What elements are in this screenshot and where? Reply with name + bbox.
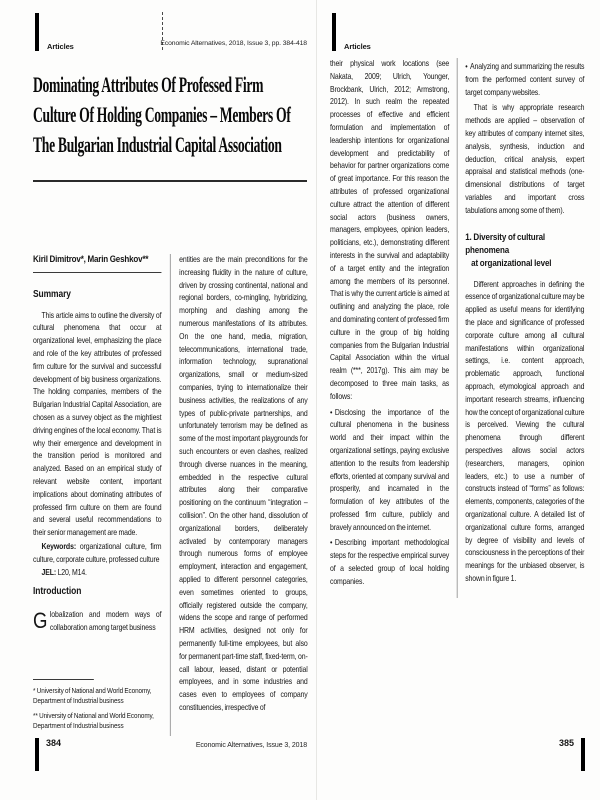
page-number: 384 bbox=[46, 738, 61, 748]
page-footer: 385 bbox=[330, 736, 585, 781]
page-header: Articles bbox=[35, 13, 74, 51]
section-1-heading-line: 1. Diversity of cultural phenomena bbox=[465, 231, 584, 257]
page-number-block: 384 bbox=[35, 738, 61, 771]
left-page-columns: Kiril Dimitrov*, Marin Geshkov** Summary… bbox=[33, 254, 308, 736]
section-label: Articles bbox=[47, 42, 74, 51]
section-1-heading-line: at organizational level bbox=[465, 257, 584, 270]
right-page-column-2: •Analyzing and summarizing the results f… bbox=[465, 58, 584, 598]
page-header: Articles bbox=[332, 13, 371, 51]
bullet-icon: • bbox=[465, 62, 467, 71]
header-bar bbox=[332, 13, 336, 51]
article-title-line: The Bulgarian Industrial Capital Associa… bbox=[33, 130, 307, 160]
footnote: ** University of National and World Econ… bbox=[33, 711, 161, 731]
jel-label: JEL: bbox=[41, 568, 56, 577]
footnote-divider bbox=[33, 679, 94, 680]
keywords-line: Keywords: organizational culture, firm c… bbox=[33, 541, 161, 567]
footnote: * University of National and World Econo… bbox=[33, 686, 161, 706]
bullet-item: •Analyzing and summarizing the results f… bbox=[465, 61, 584, 99]
page-number-block: 385 bbox=[559, 738, 585, 771]
page-number: 385 bbox=[559, 738, 574, 748]
header-bar bbox=[35, 13, 39, 51]
page-left: Articles Economic Alternatives, 2018, Is… bbox=[33, 0, 307, 800]
footer-bar bbox=[35, 738, 39, 771]
footer-bar bbox=[581, 738, 585, 771]
article-title: Dominating Attributes Of Professed Firm … bbox=[33, 70, 307, 160]
journal-citation: Economic Alternatives, 2018, Issue 3, pp… bbox=[160, 40, 307, 47]
dropcap: G bbox=[33, 609, 50, 631]
jel-line: JEL: L20, M14. bbox=[33, 567, 161, 580]
bullet-text: Disclosing the importance of the cultura… bbox=[330, 408, 449, 532]
bullet-item: •Disclosing the importance of the cultur… bbox=[330, 407, 449, 535]
introduction-paragraph: Globalization and modern ways of collabo… bbox=[33, 609, 161, 635]
bullet-text: Describing important methodological step… bbox=[330, 538, 449, 585]
right-page-column-1: their physical work locations (see Nakat… bbox=[330, 58, 449, 598]
article-title-line: Dominating Attributes Of Professed Firm bbox=[33, 70, 307, 100]
summary-text: This article aims to outline the diversi… bbox=[33, 310, 161, 540]
footnotes: * University of National and World Econo… bbox=[33, 679, 161, 736]
page-gutter-line bbox=[316, 0, 317, 800]
column-divider bbox=[457, 58, 458, 598]
section-1-heading: 1. Diversity of cultural phenomena at or… bbox=[465, 231, 584, 270]
jel-text: L20, M14. bbox=[56, 568, 87, 577]
introduction-text: lobalization and modern ways of collabor… bbox=[50, 610, 162, 632]
authors-rule bbox=[33, 272, 161, 273]
page-right: Articles their physical work locations (… bbox=[330, 0, 585, 800]
right-page-columns: their physical work locations (see Nakat… bbox=[330, 58, 585, 598]
section-label: Articles bbox=[344, 42, 371, 51]
body-text: their physical work locations (see Nakat… bbox=[330, 58, 449, 404]
authors: Kiril Dimitrov*, Marin Geshkov** bbox=[33, 254, 161, 267]
introduction-heading: Introduction bbox=[33, 586, 161, 599]
title-rule bbox=[33, 180, 307, 182]
bullet-text: Analyzing and summarizing the results fr… bbox=[465, 62, 584, 97]
bullet-icon: • bbox=[330, 408, 332, 417]
bullet-icon: • bbox=[330, 538, 332, 547]
left-page-column-1: Kiril Dimitrov*, Marin Geshkov** Summary… bbox=[33, 254, 161, 736]
summary-heading: Summary bbox=[33, 289, 161, 302]
body-text: Different approaches in defining the ess… bbox=[465, 279, 584, 586]
column-divider bbox=[170, 254, 171, 736]
bullet-item: •Describing important methodological ste… bbox=[330, 537, 449, 588]
article-title-line: Culture Of Holding Companies – Members O… bbox=[33, 100, 307, 130]
body-text: That is why appropriate research methods… bbox=[465, 102, 584, 217]
left-page-column-2: entities are the main preconditions for … bbox=[179, 254, 307, 736]
body-text: entities are the main preconditions for … bbox=[179, 254, 307, 715]
page-footer: 384 Economic Alternatives, Issue 3, 2018 bbox=[33, 736, 307, 781]
keywords-label: Keywords: bbox=[41, 542, 76, 551]
footer-journal-ref: Economic Alternatives, Issue 3, 2018 bbox=[196, 742, 307, 749]
